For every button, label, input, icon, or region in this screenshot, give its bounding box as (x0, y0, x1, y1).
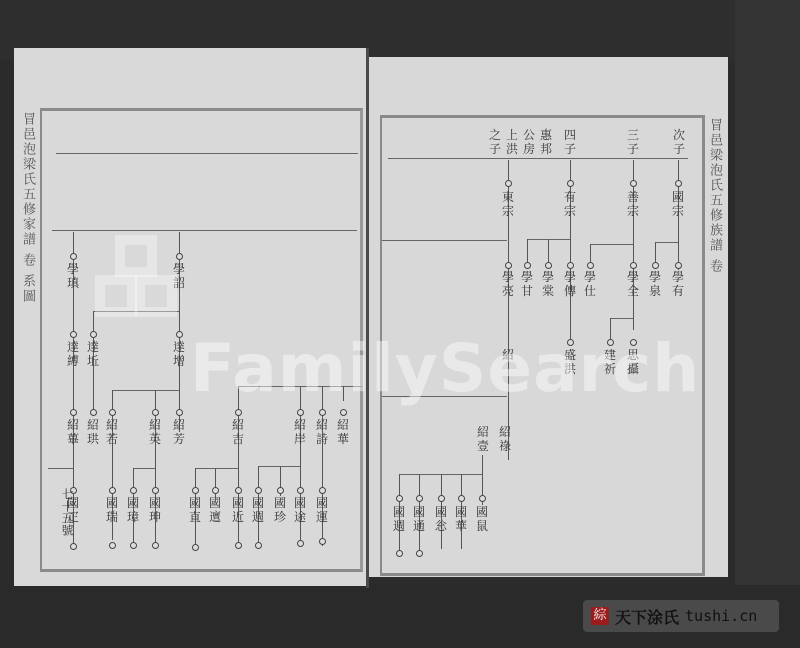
person-name: 學泉 (648, 270, 662, 298)
rule-line (388, 158, 688, 159)
node-circle-icon (587, 262, 594, 269)
node-circle-icon (192, 487, 199, 494)
badge-domain: tushi.cn (685, 607, 757, 625)
person-name: 國鼠 (475, 505, 489, 533)
node-circle-icon (176, 331, 183, 338)
person-name: 紹芳 (172, 418, 186, 446)
node-circle-icon (297, 487, 304, 494)
node-circle-icon (152, 409, 159, 416)
book-gutter (366, 48, 369, 588)
person-name: 國邅 (208, 496, 222, 524)
person-name: 紹壹 (476, 425, 490, 453)
person-name: 學仕 (583, 270, 597, 298)
familysearch-watermark: FamilySearch (190, 330, 700, 407)
node-circle-icon (652, 262, 659, 269)
person-name: 學棠 (541, 270, 555, 298)
tree-line (610, 318, 633, 319)
node-circle-icon (255, 487, 262, 494)
rule-line (56, 153, 358, 154)
header-note: 上洪 (505, 128, 519, 156)
person-name: 國週 (251, 496, 265, 524)
node-circle-icon (630, 180, 637, 187)
tree-line (133, 468, 155, 469)
node-circle-icon (176, 409, 183, 416)
node-circle-icon (176, 253, 183, 260)
header-note: 惠邦 (539, 128, 553, 156)
node-circle-icon (675, 180, 682, 187)
person-name: 學傳 (563, 270, 577, 298)
node-circle-icon (130, 542, 137, 549)
node-circle-icon (524, 262, 531, 269)
person-name: 達縛 (66, 340, 80, 368)
node-circle-icon (319, 409, 326, 416)
background-right (735, 0, 800, 648)
node-circle-icon (438, 495, 445, 502)
tushi-badge[interactable]: 綜 天下涂氏 tushi.cn (583, 600, 779, 632)
tree-line (548, 239, 549, 264)
node-circle-icon (479, 495, 486, 502)
person-name: 國運 (315, 496, 329, 524)
node-circle-icon (255, 542, 262, 549)
person-name: 東宗 (501, 190, 515, 218)
node-circle-icon (130, 487, 137, 494)
person-name: 國忩 (434, 505, 448, 533)
tree-line (527, 239, 528, 264)
node-circle-icon (319, 487, 326, 494)
person-name: 紹珙 (86, 418, 100, 446)
node-circle-icon (152, 542, 159, 549)
node-circle-icon (458, 495, 465, 502)
person-name: 學瑱 (66, 262, 80, 290)
node-circle-icon (109, 409, 116, 416)
node-circle-icon (70, 543, 77, 550)
tree-line (590, 244, 633, 245)
person-name: 國通 (412, 505, 426, 533)
node-circle-icon (630, 262, 637, 269)
tree-line (590, 244, 591, 264)
node-circle-icon (297, 409, 304, 416)
node-circle-icon (109, 487, 116, 494)
header-note: 公房 (522, 128, 536, 156)
rule-line (52, 230, 357, 231)
person-name: 紹若 (105, 418, 119, 446)
tree-line (655, 242, 656, 262)
person-name: 國瑞 (105, 496, 119, 524)
left-spine-title: 冒邑泡梁氏五修家譜 卷 系圖 (18, 112, 36, 304)
node-circle-icon (319, 538, 326, 545)
person-name: 善宗 (626, 190, 640, 218)
person-name: 紹詩 (315, 418, 329, 446)
rule-line (382, 240, 507, 241)
person-name: 國珍 (273, 496, 287, 524)
node-circle-icon (545, 262, 552, 269)
person-name: 紹英 (148, 418, 162, 446)
node-circle-icon (152, 487, 159, 494)
node-circle-icon (70, 331, 77, 338)
person-name: 國直 (188, 496, 202, 524)
tree-line (570, 160, 571, 340)
node-circle-icon (70, 409, 77, 416)
person-name: 國璋 (126, 496, 140, 524)
node-circle-icon (192, 544, 199, 551)
seal-icon: 綜 (591, 607, 609, 625)
node-circle-icon (235, 409, 242, 416)
node-circle-icon (675, 262, 682, 269)
node-circle-icon (416, 495, 423, 502)
badge-brand: 天下涂氏 (615, 605, 679, 628)
node-circle-icon (505, 262, 512, 269)
header-note: 之子 (488, 128, 502, 156)
person-name: 學亮 (501, 270, 515, 298)
person-name: 國宗 (671, 190, 685, 218)
tree-line (258, 466, 300, 467)
right-spine-title: 冒邑梁泡氏五修族譜 卷 (705, 118, 723, 274)
tree-line (655, 242, 678, 243)
person-name: 紹岸 (293, 418, 307, 446)
tree-line (195, 468, 238, 469)
person-name: 國華 (454, 505, 468, 533)
node-circle-icon (340, 409, 347, 416)
familysearch-logo-icon (95, 235, 175, 355)
node-circle-icon (416, 550, 423, 557)
tree-line (112, 390, 179, 391)
header-fourth-son: 四子 (563, 128, 577, 156)
person-name: 紹吉 (231, 418, 245, 446)
node-circle-icon (567, 262, 574, 269)
person-name: 紹蓽 (66, 418, 80, 446)
node-circle-icon (235, 542, 242, 549)
node-circle-icon (212, 487, 219, 494)
person-name: 學有 (671, 270, 685, 298)
person-name: 國近 (231, 496, 245, 524)
tree-line (48, 468, 73, 469)
header-third-son: 三子 (626, 128, 640, 156)
node-circle-icon (235, 487, 242, 494)
node-circle-icon (567, 180, 574, 187)
person-name: 有宗 (563, 190, 577, 218)
person-name: 國珅 (148, 496, 162, 524)
node-circle-icon (396, 550, 403, 557)
header-second-son: 次子 (672, 128, 686, 156)
person-name: 學甘 (520, 270, 534, 298)
node-circle-icon (297, 540, 304, 547)
person-name: 紹祿 (498, 425, 512, 453)
node-circle-icon (90, 409, 97, 416)
person-name: 紹華 (336, 418, 350, 446)
person-name: 學全 (626, 270, 640, 298)
person-name: 國途 (293, 496, 307, 524)
node-circle-icon (70, 253, 77, 260)
node-circle-icon (109, 542, 116, 549)
person-name: 國週 (392, 505, 406, 533)
node-circle-icon (277, 487, 284, 494)
node-circle-icon (396, 495, 403, 502)
page-number: 七十五號 (60, 488, 74, 539)
node-circle-icon (505, 180, 512, 187)
